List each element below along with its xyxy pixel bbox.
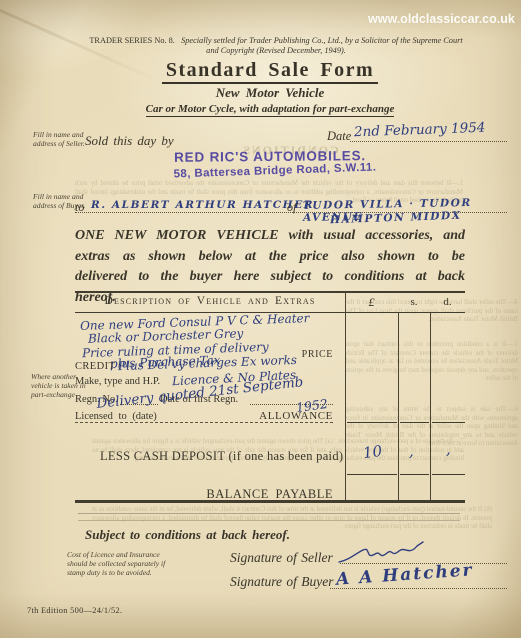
- ghost-rule: [78, 520, 460, 521]
- edition-note: 7th Edition 500—24/1/52.: [27, 606, 122, 615]
- date-line: [350, 141, 507, 142]
- credit-label: CREDIT :: [75, 361, 121, 372]
- buyer-signature-label: Signature of Buyer: [230, 574, 333, 590]
- to-label: to: [75, 200, 84, 215]
- cell-line: [347, 474, 397, 475]
- date-value-handwritten: 2nd February 1954: [354, 120, 486, 141]
- conditions-note: Subject to conditions at back hereof.: [85, 527, 290, 543]
- deposit-pence-handwritten: ,: [446, 440, 451, 458]
- bleedthrough-fragment: 5.—It is a condition precedent to this c…: [346, 341, 518, 384]
- allowance-label: ALLOWANCE: [240, 410, 333, 422]
- column-header-description: Description of Vehicle and Extras: [75, 295, 345, 307]
- column-header-pounds: £: [345, 295, 398, 310]
- ghost-rule: [78, 513, 460, 514]
- cell-line: [400, 422, 429, 423]
- series-prefix: TRADER SERIES No. 8.: [89, 36, 175, 45]
- table-divider-shillings: [430, 312, 431, 502]
- of-label: of: [287, 200, 296, 215]
- seller-signature-label: Signature of Seller: [230, 550, 333, 566]
- form-subtitle-2: Car or Motor Cycle, with adaptation for …: [146, 103, 395, 117]
- less-cash-deposit-label: LESS CASH DEPOSIT (if one has been paid): [100, 449, 343, 464]
- margin-note-licence: Cost of Licence and Insurance should be …: [67, 550, 179, 577]
- form-title: Standard Sale Form: [162, 59, 378, 84]
- cell-line: [432, 474, 465, 475]
- deposit-shillings-handwritten: ,: [409, 442, 414, 460]
- sold-by-label: Sold this day by: [85, 133, 174, 149]
- deposit-pounds-handwritten: 10: [362, 442, 383, 462]
- column-header-pence: d.: [430, 296, 465, 308]
- licensed-to-label: Licensed to (date): [75, 411, 157, 422]
- table-divider-pounds: [398, 312, 399, 502]
- date-label: Date: [327, 129, 351, 144]
- cell-line: [400, 474, 429, 475]
- buyer-name-handwritten: R. ALBERT ARTHUR HATCHER: [91, 199, 314, 211]
- sale-form-document: CONDITIONS 1.—If between this date and d…: [0, 0, 521, 638]
- table-border-top: [75, 291, 465, 293]
- margin-note-seller: Fill in name and address of Seller.: [33, 130, 93, 148]
- cell-line: [432, 422, 465, 423]
- table-border-bottom: [75, 500, 465, 503]
- table-divider-desc: [345, 291, 346, 502]
- site-watermark: www.oldclassiccar.co.uk: [368, 12, 515, 26]
- series-note-2: and Copyright (Revised December, 1949).: [80, 46, 472, 56]
- cell-line: [347, 422, 397, 423]
- series-note: Specially settled for Trader Publishing …: [181, 36, 463, 45]
- allowance-row-line: [75, 422, 333, 423]
- margin-note-part-exchange: Where another vehicle is taken in part-e…: [31, 372, 93, 399]
- column-header-shillings: s.: [398, 296, 430, 308]
